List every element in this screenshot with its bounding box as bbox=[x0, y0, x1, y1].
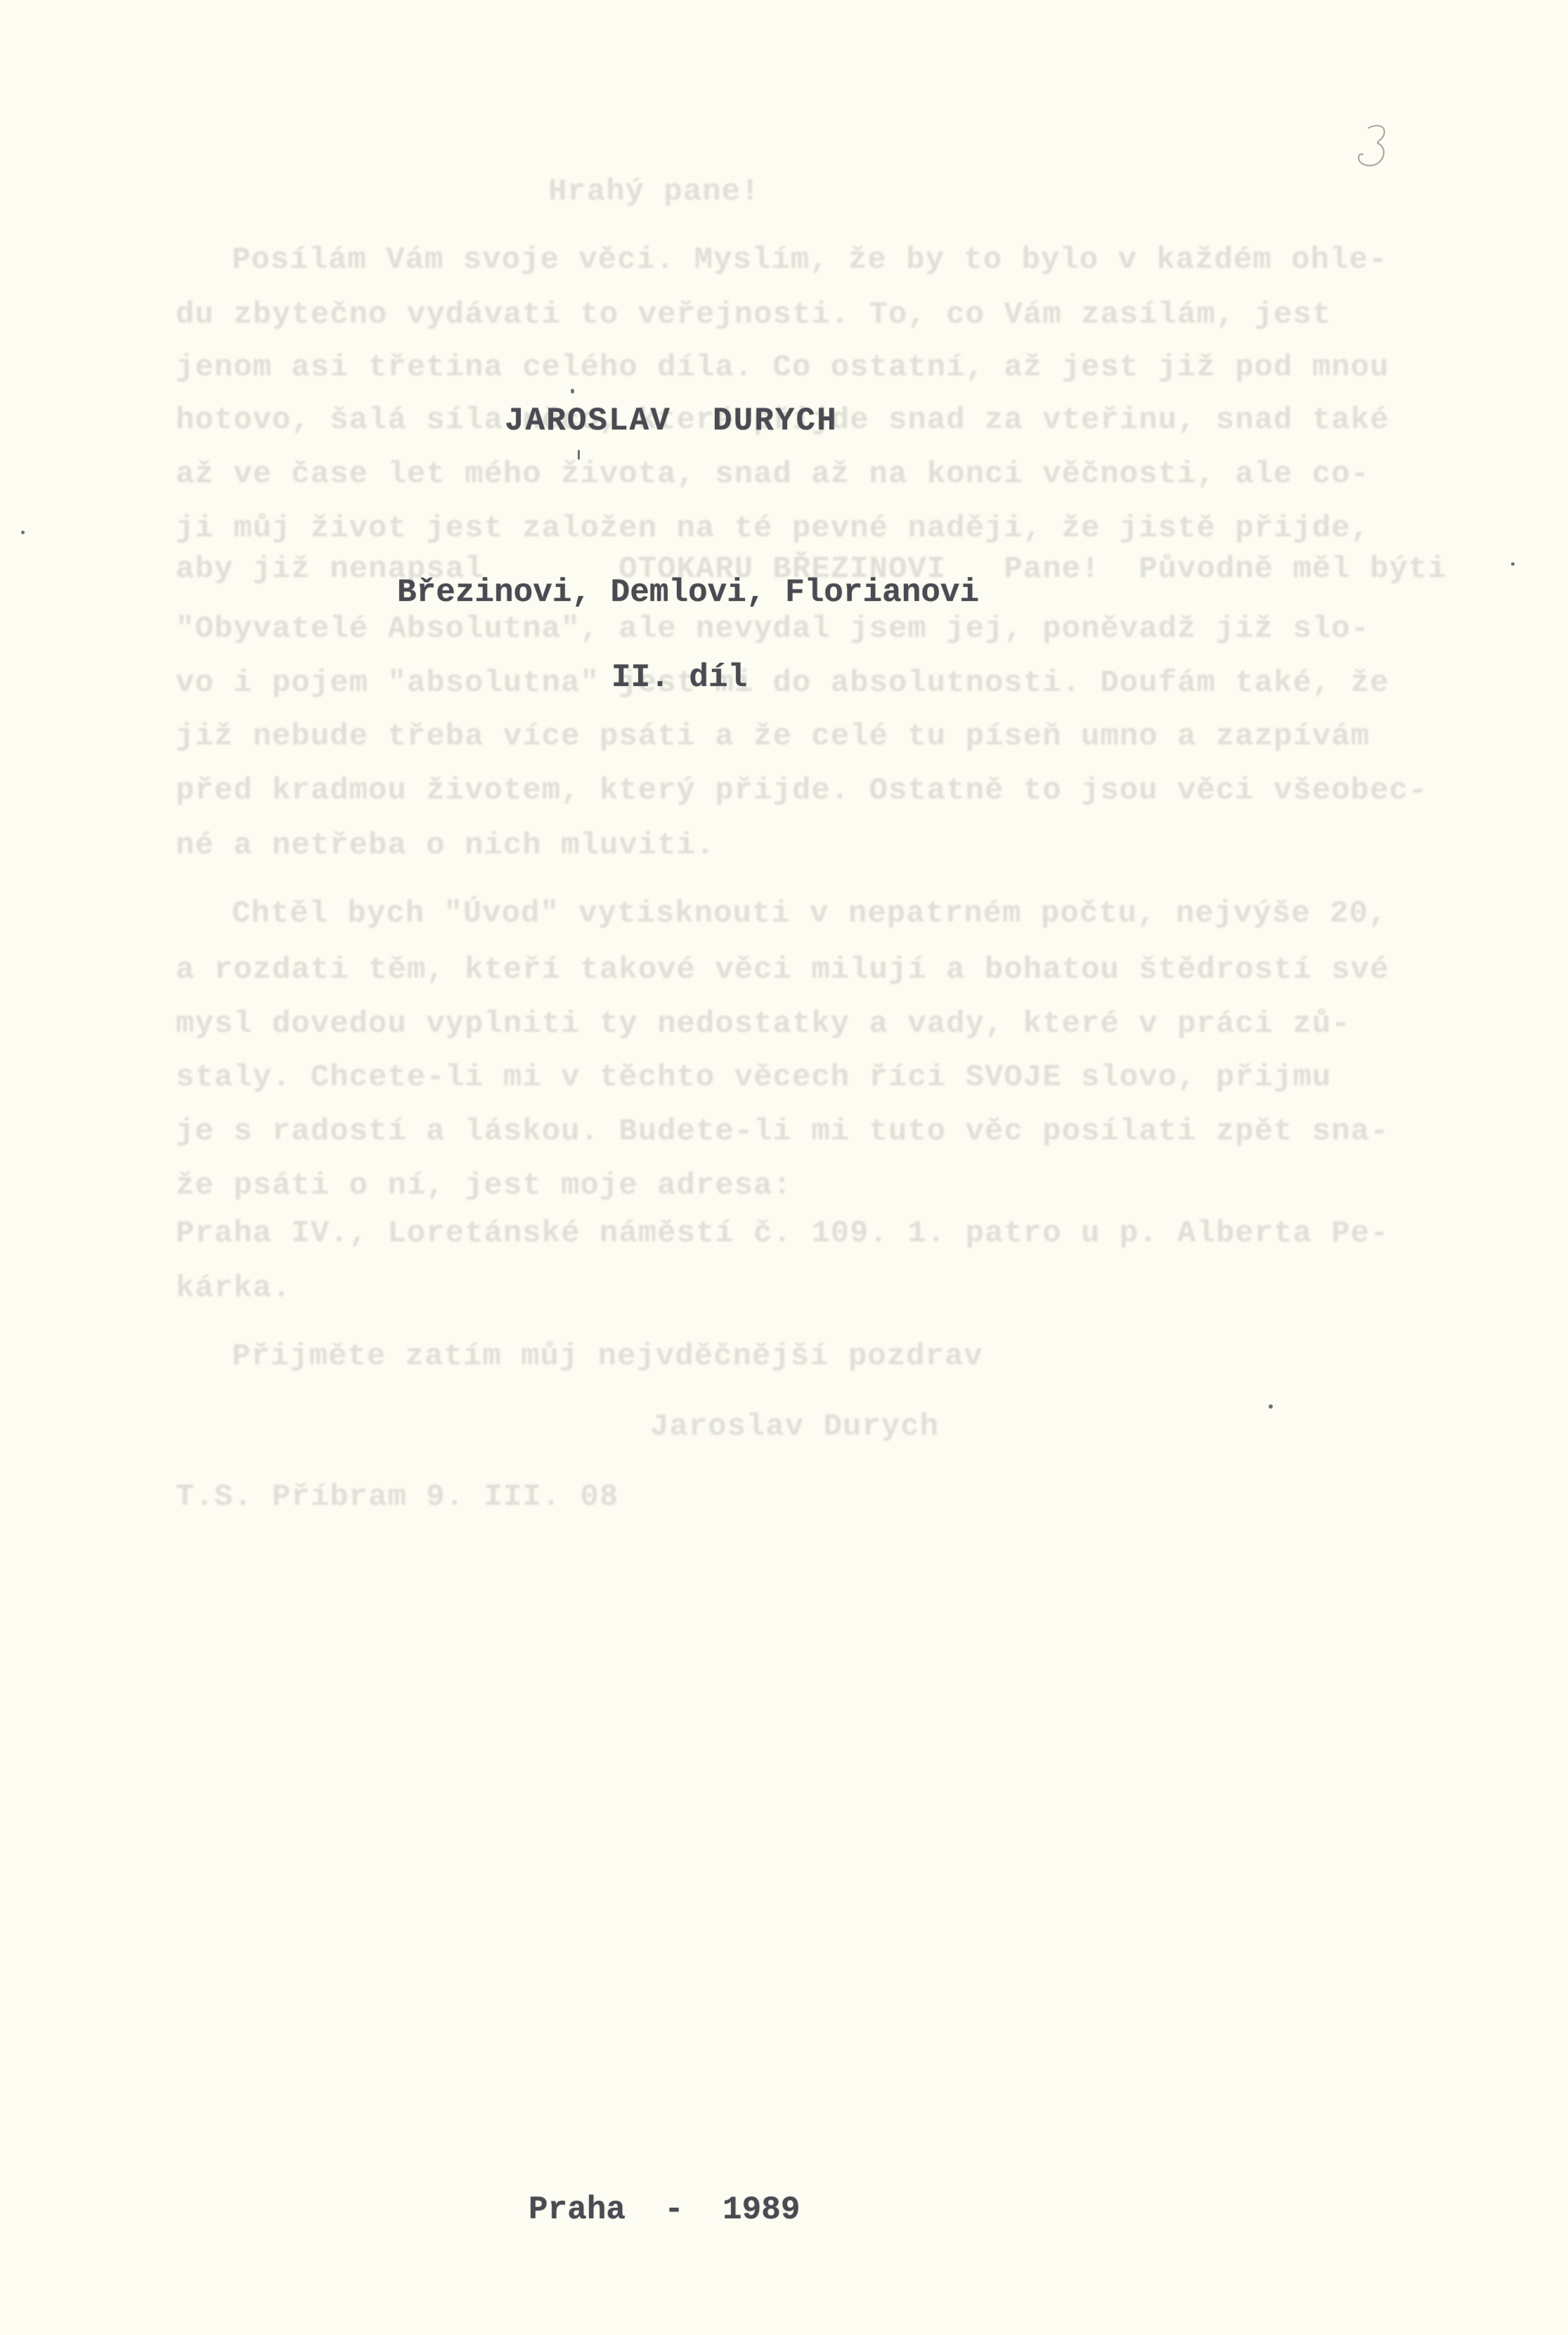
bleed-line: Přijměte zatím můj nejvděčnější pozdrav bbox=[232, 1339, 983, 1374]
bleed-line: kárka. bbox=[176, 1271, 291, 1306]
imprint-line: Praha - 1989 bbox=[529, 2192, 800, 2228]
bleed-line: T.S. Příbram 9. III. 08 bbox=[176, 1480, 618, 1515]
author-name: JAROSLAV DURYCH bbox=[505, 403, 838, 439]
bleed-line: du zbytečno vydávati to veřejnosti. To, … bbox=[176, 297, 1331, 332]
bleed-line: a rozdati těm, kteří takové věci milují … bbox=[176, 952, 1389, 988]
bleed-line: Chtěl bych "Úvod" vytisknouti v nepatrné… bbox=[232, 896, 1387, 931]
dedication-line: Březinovi, Demlovi, Florianovi bbox=[397, 574, 979, 611]
volume-label: II. díl bbox=[611, 659, 747, 696]
bleed-line: Hrahý pane! bbox=[548, 174, 760, 209]
bleed-line: že psáti o ní, jest moje adresa: bbox=[176, 1168, 792, 1203]
document-page: Hrahý pane! Posílám Vám svoje věci. Mysl… bbox=[0, 0, 1568, 2335]
bleed-line: Jaroslav Durych bbox=[650, 1409, 939, 1444]
bleed-line: jenom asi třetina celého díla. Co ostatn… bbox=[176, 350, 1389, 385]
scan-speck bbox=[1269, 1404, 1273, 1409]
bleed-line: né a netřeba o nich mluviti. bbox=[176, 828, 715, 863]
handwritten-page-number bbox=[1353, 119, 1402, 176]
bleed-line: je s radostí a láskou. Budete-li mi tuto… bbox=[176, 1114, 1389, 1149]
bleed-line: Posílám Vám svoje věci. Myslím, že by to… bbox=[232, 242, 1387, 278]
bleed-line: staly. Chcete-li mi v těchto věcech říci… bbox=[176, 1060, 1331, 1095]
bleed-line: až ve čase let mého života, snad až na k… bbox=[176, 457, 1370, 492]
bleed-line: vo i pojem "absolutna" jest mi do absolu… bbox=[176, 666, 1389, 701]
bleed-line: před kradmou životem, který přijde. Osta… bbox=[176, 773, 1427, 808]
bleed-line: ji můj život jest založen na té pevné na… bbox=[176, 511, 1370, 546]
scan-speck bbox=[1511, 562, 1515, 566]
bleed-line: Praha IV., Loretánské náměstí č. 109. 1.… bbox=[176, 1216, 1389, 1251]
scan-speck bbox=[21, 531, 25, 534]
bleed-line: již nebude třeba více psáti a že celé tu… bbox=[176, 719, 1370, 754]
bleed-through-layer: Hrahý pane! Posílám Vám svoje věci. Mysl… bbox=[0, 0, 1568, 2335]
scan-speck bbox=[571, 389, 574, 394]
scan-speck bbox=[578, 450, 580, 460]
bleed-line: mysl dovedou vyplniti ty nedostatky a va… bbox=[176, 1007, 1351, 1042]
bleed-line: "Obyvatelé Absolutna", ale nevydal jsem … bbox=[176, 612, 1370, 647]
